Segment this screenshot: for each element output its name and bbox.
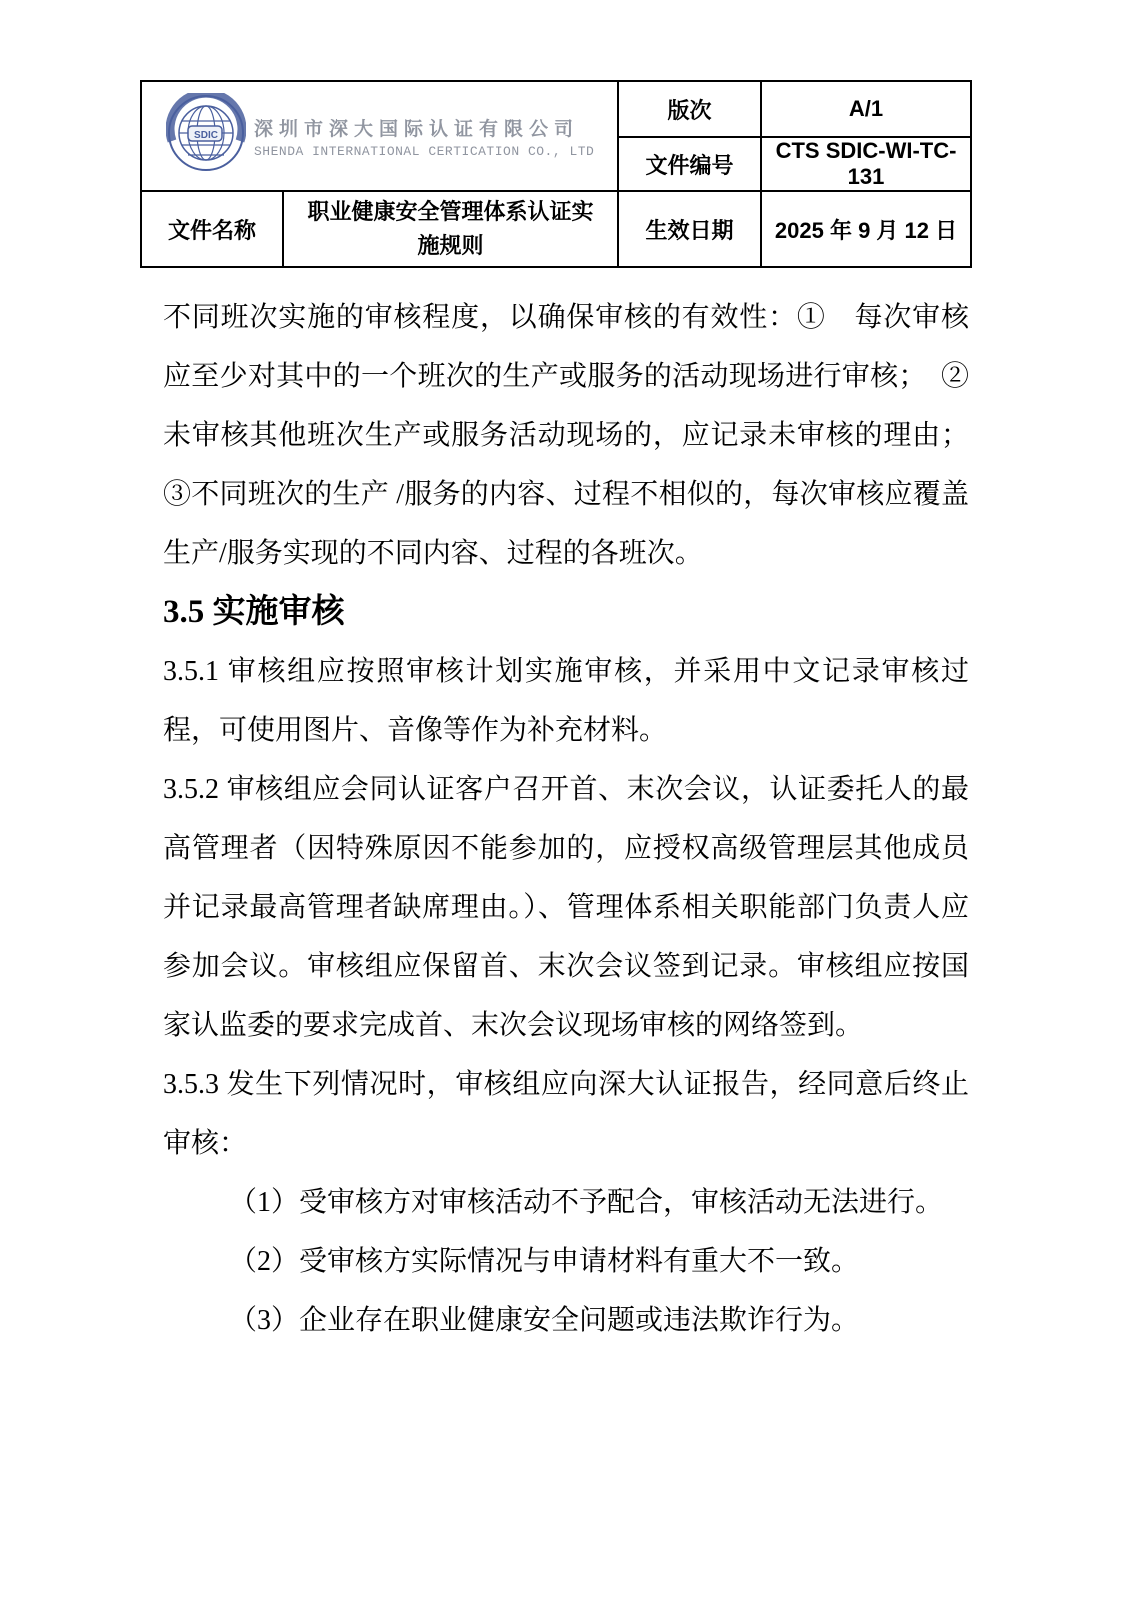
list-item-1: （1）受审核方对审核活动不予配合，审核活动无法进行。	[163, 1173, 969, 1232]
section-heading-3-5: 3.5 实施审核	[163, 583, 969, 642]
document-header-table: SDIC 深圳市深大国际认证有限公司 SHENDA INTERNATIONAL …	[140, 80, 972, 268]
paragraph-3-5-3: 3.5.3 发生下列情况时，审核组应向深大认证报告，经同意后终止审核：	[163, 1055, 969, 1173]
version-label: 版次	[618, 81, 761, 137]
company-name-cn: 深圳市深大国际认证有限公司	[254, 114, 579, 141]
document-page: SDIC 深圳市深大国际认证有限公司 SHENDA INTERNATIONAL …	[0, 0, 1131, 1600]
list-item-3: （3）企业存在职业健康安全问题或违法欺诈行为。	[163, 1291, 969, 1350]
svg-text:SDIC: SDIC	[194, 130, 218, 141]
paragraph-3-5-2: 3.5.2 审核组应会同认证客户召开首、末次会议，认证委托人的最高管理者（因特殊…	[163, 760, 969, 1055]
document-body: 不同班次实施的审核程度，以确保审核的有效性：① 每次审核应至少对其中的一个班次的…	[163, 288, 969, 1350]
version-value: A/1	[761, 81, 971, 137]
list-item-2: （2）受审核方实际情况与申请材料有重大不一致。	[163, 1232, 969, 1291]
company-name-en: SHENDA INTERNATIONAL CERTICATION CO., LT…	[254, 144, 594, 159]
company-logo-icon: SDIC	[166, 93, 246, 179]
paragraph-3-5-1: 3.5.1 审核组应按照审核计划实施审核，并采用中文记录审核过程，可使用图片、音…	[163, 642, 969, 760]
effective-date-value: 2025 年 9 月 12 日	[761, 191, 971, 267]
doc-name-label: 文件名称	[141, 191, 283, 267]
doc-number-value: CTS SDIC-WI-TC-131	[761, 137, 971, 191]
doc-number-label: 文件编号	[618, 137, 761, 191]
company-logo-cell: SDIC 深圳市深大国际认证有限公司 SHENDA INTERNATIONAL …	[141, 81, 618, 191]
doc-name-value: 职业健康安全管理体系认证实施规则	[283, 191, 618, 267]
paragraph-intro: 不同班次实施的审核程度，以确保审核的有效性：① 每次审核应至少对其中的一个班次的…	[163, 288, 969, 583]
effective-date-label: 生效日期	[618, 191, 761, 267]
